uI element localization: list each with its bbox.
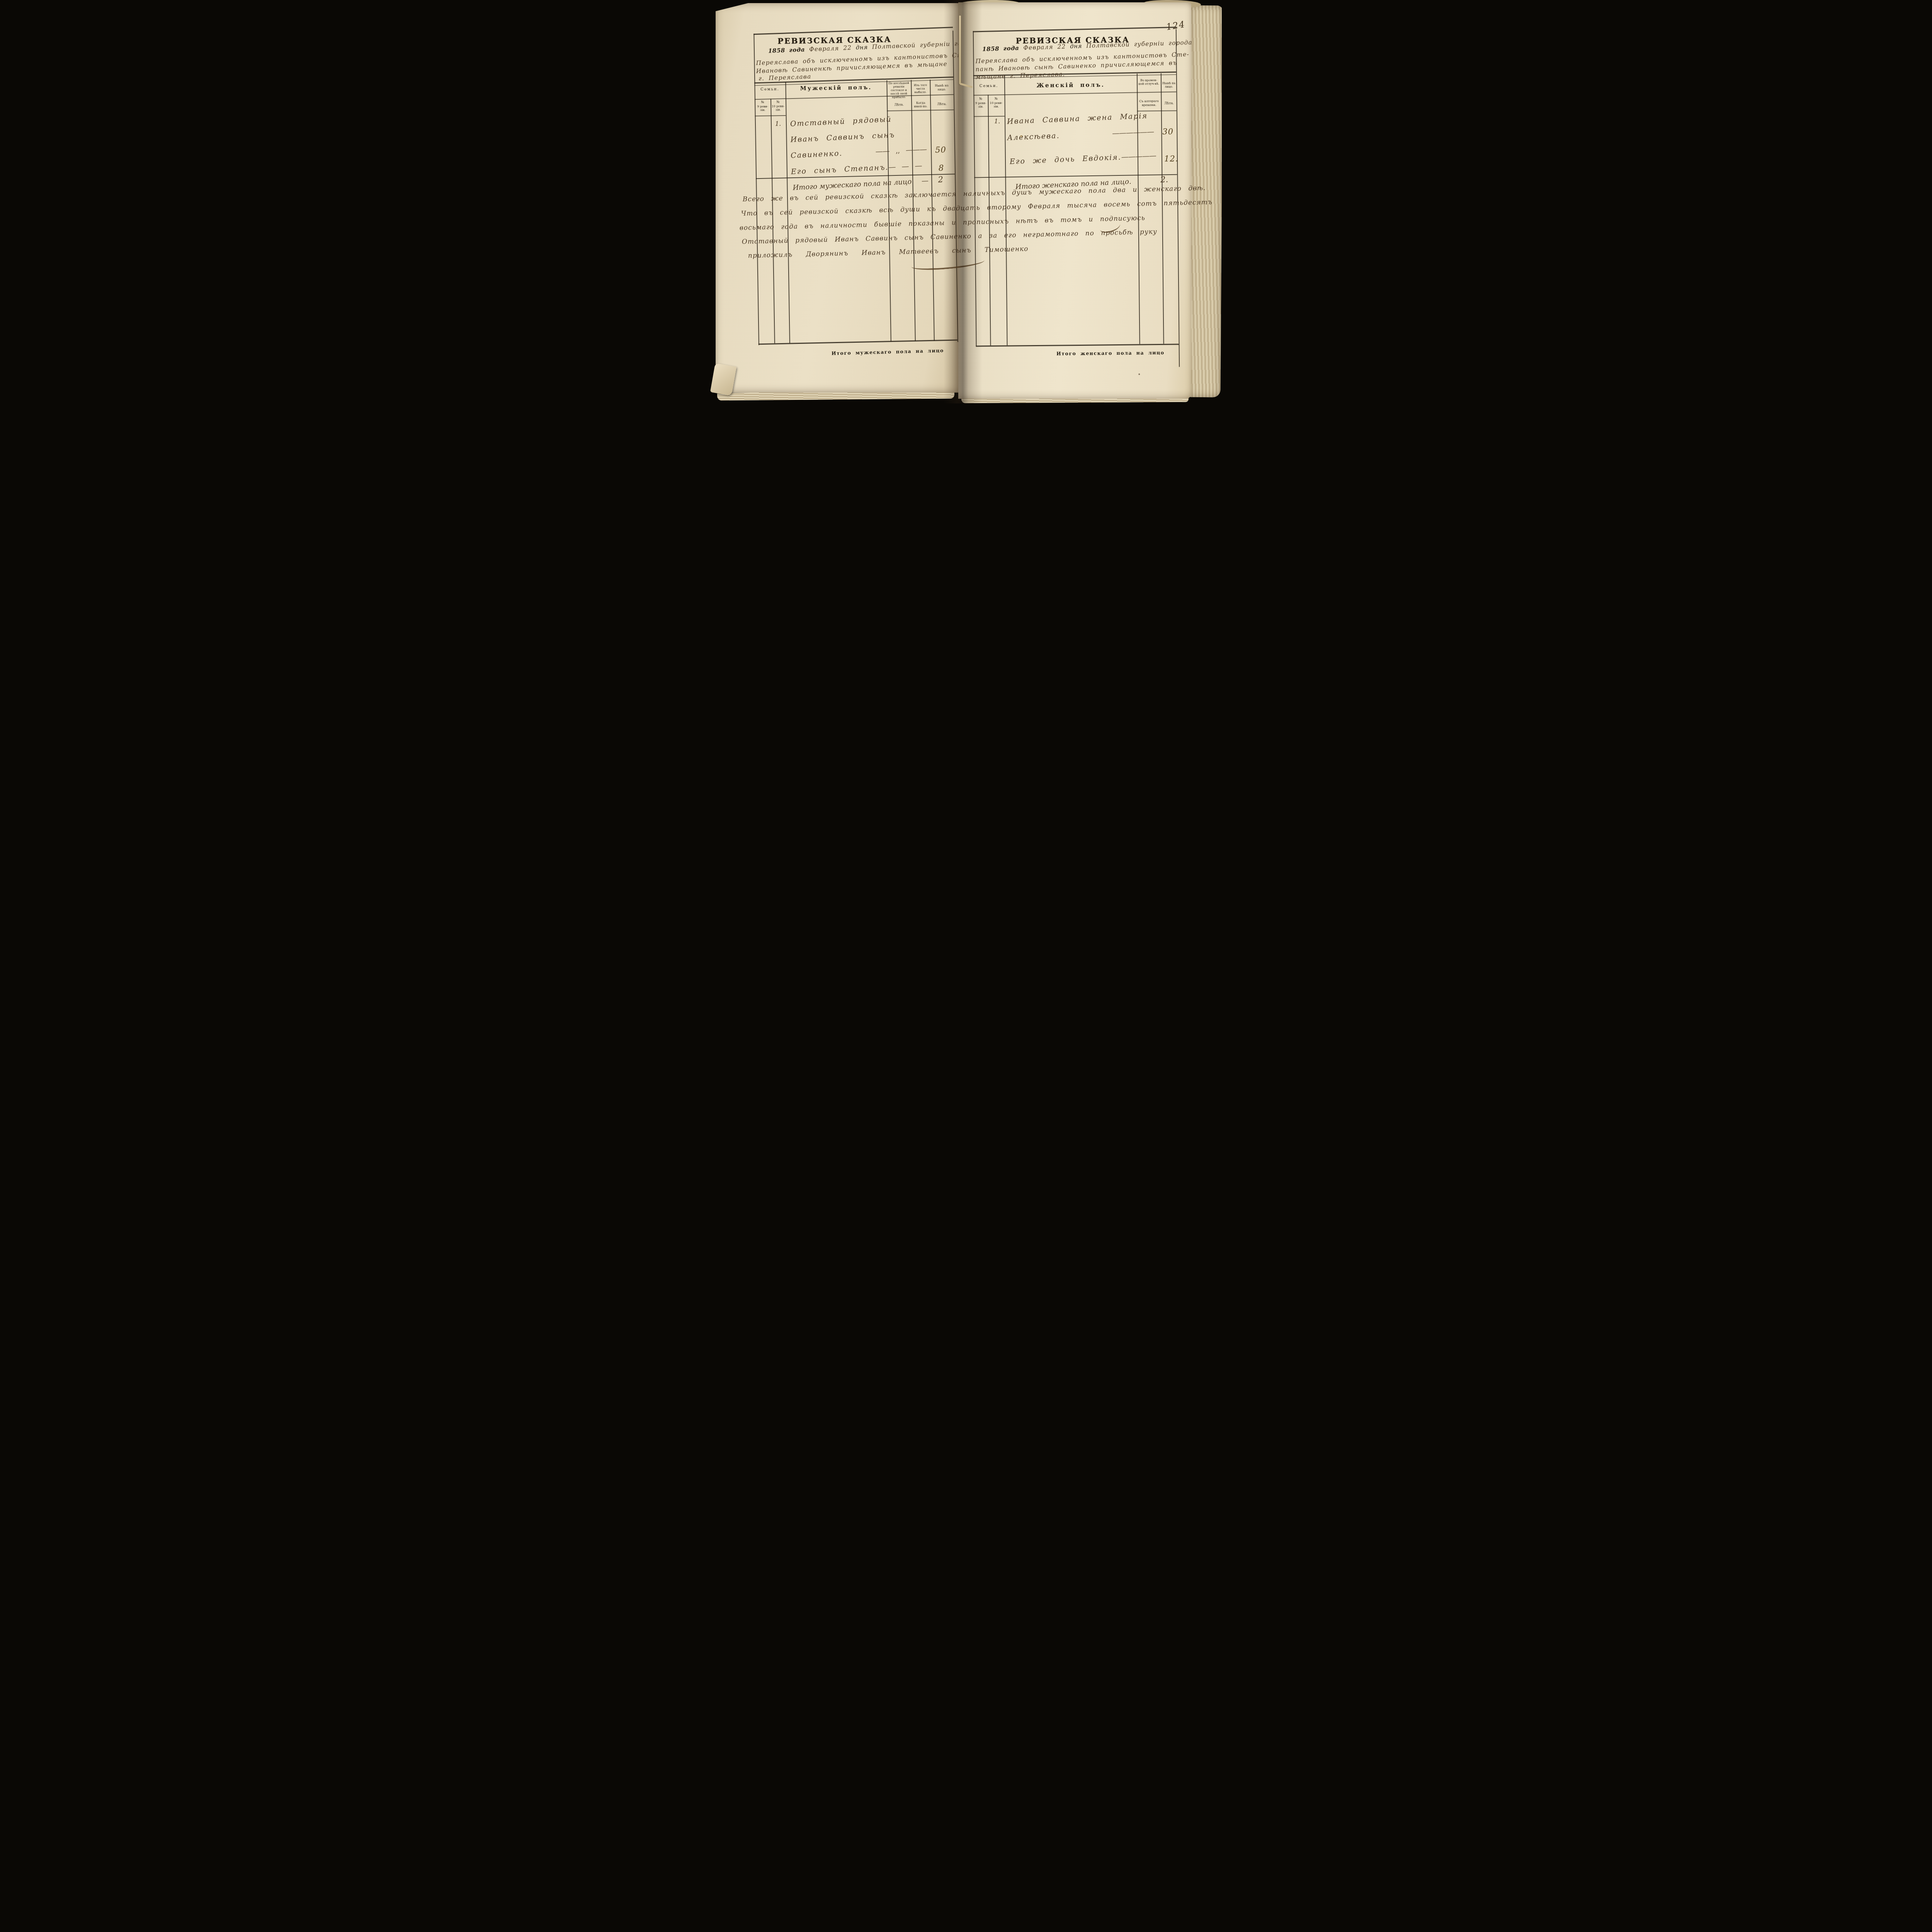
subcol-rev9-label: 9 реви-зіи. (757, 104, 768, 112)
table-rule (973, 92, 1176, 96)
age-value: 8 (939, 163, 944, 173)
entry-line: Отставный рядовый (790, 115, 892, 129)
col-header-last-revision: По послѣдней ревизіи состояло и послѣ он… (887, 81, 910, 99)
dash-filler: ————— (1121, 151, 1156, 162)
subcol-years-a: Лѣта. (888, 103, 910, 107)
dash-filler: —— ,, ——— (875, 145, 927, 156)
entry-name: Его же дочь Евдокія. (1010, 153, 1122, 167)
page-corner-shadow (714, 2, 751, 12)
entry-line: Его сынъ Степанъ. — — — (791, 162, 918, 177)
col-header-family: Семьи. (973, 84, 1004, 89)
table-rule (755, 94, 954, 100)
entry-name: Савиненко. (791, 149, 843, 161)
hw-date: Февраля 22 (1023, 43, 1066, 52)
printed-day: дня (856, 44, 868, 51)
revision-list-scan: РЕВИЗСКАЯ СКАЗКА 1858 года Февраля 22 дн… (710, 0, 1222, 403)
total-value: 2 (938, 174, 944, 185)
entry-line: Иванъ Саввинъ сынъ (790, 131, 895, 145)
entry-line: Ивана Саввина жена Марія (1007, 112, 1148, 127)
entry-line: Его же дочь Евдокія. ————— (1010, 151, 1153, 167)
subcol-rev9: № 9 реви-зіи. (973, 97, 988, 109)
footer-male-total: Итого мужескаго пола на лицо (799, 347, 976, 357)
subcol-when: Когда имен-но. (912, 101, 929, 108)
subcol-rev10-label: 10 реви-зіи. (990, 101, 1003, 108)
table-rule (1176, 29, 1180, 367)
col-header-absence: Во времен-ной отлуч-кѣ. (1138, 78, 1160, 86)
col-header-family: Семьи. (754, 87, 785, 92)
col-header-female-sex: Женскій полъ. (1004, 81, 1137, 89)
printed-year: 1858 года (982, 44, 1019, 53)
numero-sign: № (755, 100, 770, 105)
printed-day: дня (1070, 43, 1082, 50)
age-value: 12. (1164, 153, 1179, 164)
entry-line: Алексѣева. —————— (1007, 128, 1154, 143)
subcol-rev9: № 9 реви-зіи. (755, 100, 770, 112)
family-number: 1. (775, 120, 781, 128)
col-header-present: Нынѣ на лицо. (930, 83, 952, 91)
subcol-rev10: № 10 реви-зіи. (770, 100, 786, 112)
subcol-rev10: № 10 реви-зіи. (988, 97, 1004, 109)
table-rule (976, 344, 1179, 347)
footer-female-total: Итого женскаго пола на лицо (1022, 349, 1199, 357)
age-value: 50 (935, 145, 946, 155)
entry-name: Алексѣева. (1007, 131, 1060, 143)
subcol-rev10-label: 10 реви-зіи. (772, 104, 784, 112)
table-rule (887, 109, 954, 111)
numero-sign: № (973, 97, 988, 101)
table-rule (1161, 73, 1164, 344)
subcol-rev9-label: 9 реви-зіи. (975, 101, 986, 109)
total-text: Итого мужескаго пола на лицо (793, 178, 912, 193)
family-number: 1. (994, 117, 1000, 125)
dash-filler: — — — (888, 162, 922, 172)
numero-sign: № (988, 97, 1004, 101)
subcol-years: Лѣта. (1162, 101, 1177, 105)
entry-line: Савиненко. —— ,, ——— (791, 145, 927, 160)
numero-sign: № (770, 100, 786, 104)
subcol-since: Съ котораго времени. (1138, 99, 1160, 107)
age-value: 30 (1162, 127, 1173, 137)
paper-stain (1020, 135, 1022, 137)
paper-stain (1138, 373, 1140, 375)
binding-cord (959, 15, 961, 84)
table-rule (770, 99, 775, 344)
table-rule (974, 116, 1005, 117)
table-rule (753, 27, 953, 35)
dash-filler: —————— (1112, 128, 1154, 138)
printed-year: 1858 года (768, 46, 805, 54)
col-header-male-sex: Мужескій полъ. (785, 84, 886, 92)
total-dash: — (921, 177, 928, 185)
table-rule (1137, 110, 1177, 111)
table-rule (759, 339, 957, 345)
entry-name: Его сынъ Степанъ. (791, 163, 889, 177)
table-rule (973, 27, 1177, 32)
hw-date: Февраля 22 (809, 44, 852, 53)
col-header-present: Нынѣ на лицо. (1162, 81, 1176, 88)
total-value: 2. (1160, 174, 1168, 185)
subcol-years-b: Лѣта. (931, 102, 953, 107)
col-header-departed: Изъ того числа выбыло. (912, 83, 929, 94)
